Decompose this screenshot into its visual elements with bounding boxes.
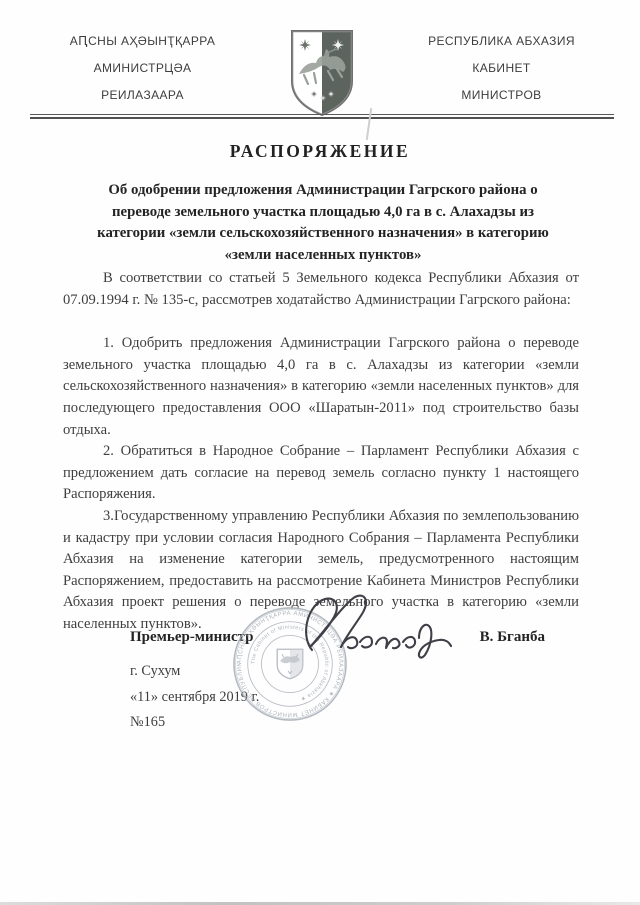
stamp-emblem-icon: [277, 649, 303, 679]
document-title: РАСПОРЯЖЕНИЕ: [0, 141, 640, 162]
letterhead-russian-line: МИНИСТРОВ: [389, 82, 614, 109]
document-page: АԤСНЫ АҲӘЫНҬҚАРРА АМИНИСТРЦӘА РЕИЛАЗААРА: [0, 0, 640, 905]
body-paragraph-3: 3.Государственному управлению Республики…: [63, 506, 579, 636]
document-body: В соответствии со статьей 5 Земельного к…: [63, 268, 579, 636]
document-footer: г. Сухум «11» сентября 2019 г. №165: [130, 661, 259, 738]
footer-date: «11» сентября 2019 г.: [130, 687, 259, 708]
letterhead-divider: [30, 114, 614, 119]
letterhead-russian-line: РЕСПУБЛИКА АБХАЗИЯ: [389, 28, 614, 55]
abkhazia-coat-of-arms-icon: [290, 29, 354, 117]
letterhead-russian-block: РЕСПУБЛИКА АБХАЗИЯ КАБИНЕТ МИНИСТРОВ: [389, 28, 614, 117]
body-paragraph-1: 1. Одобрить предложения Администрации Га…: [63, 333, 579, 441]
footer-city: г. Сухум: [130, 661, 259, 682]
body-paragraph-2: 2. Обратиться в Народное Собрание – Парл…: [63, 441, 579, 506]
document-subject: Об одобрении предложения Администрации Г…: [78, 180, 568, 266]
letterhead: АԤСНЫ АҲӘЫНҬҚАРРА АМИНИСТРЦӘА РЕИЛАЗААРА: [30, 28, 614, 117]
letterhead-russian-line: КАБИНЕТ: [389, 55, 614, 82]
footer-number: №165: [130, 712, 259, 733]
coat-of-arms-wrap: [287, 28, 357, 117]
signature-row: Премьер-министр В. Бганба: [130, 629, 545, 646]
signer-name: В. Бганба: [480, 629, 545, 646]
signer-position-title: Премьер-министр: [130, 629, 254, 646]
letterhead-abkhaz-line: АМИНИСТРЦӘА: [30, 55, 255, 82]
letterhead-abkhaz-block: АԤСНЫ АҲӘЫНҬҚАРРА АМИНИСТРЦӘА РЕИЛАЗААРА: [30, 28, 255, 117]
letterhead-abkhaz-line: РЕИЛАЗААРА: [30, 82, 255, 109]
body-intro-paragraph: В соответствии со статьей 5 Земельного к…: [63, 268, 579, 311]
letterhead-abkhaz-line: АԤСНЫ АҲӘЫНҬҚАРРА: [30, 28, 255, 55]
